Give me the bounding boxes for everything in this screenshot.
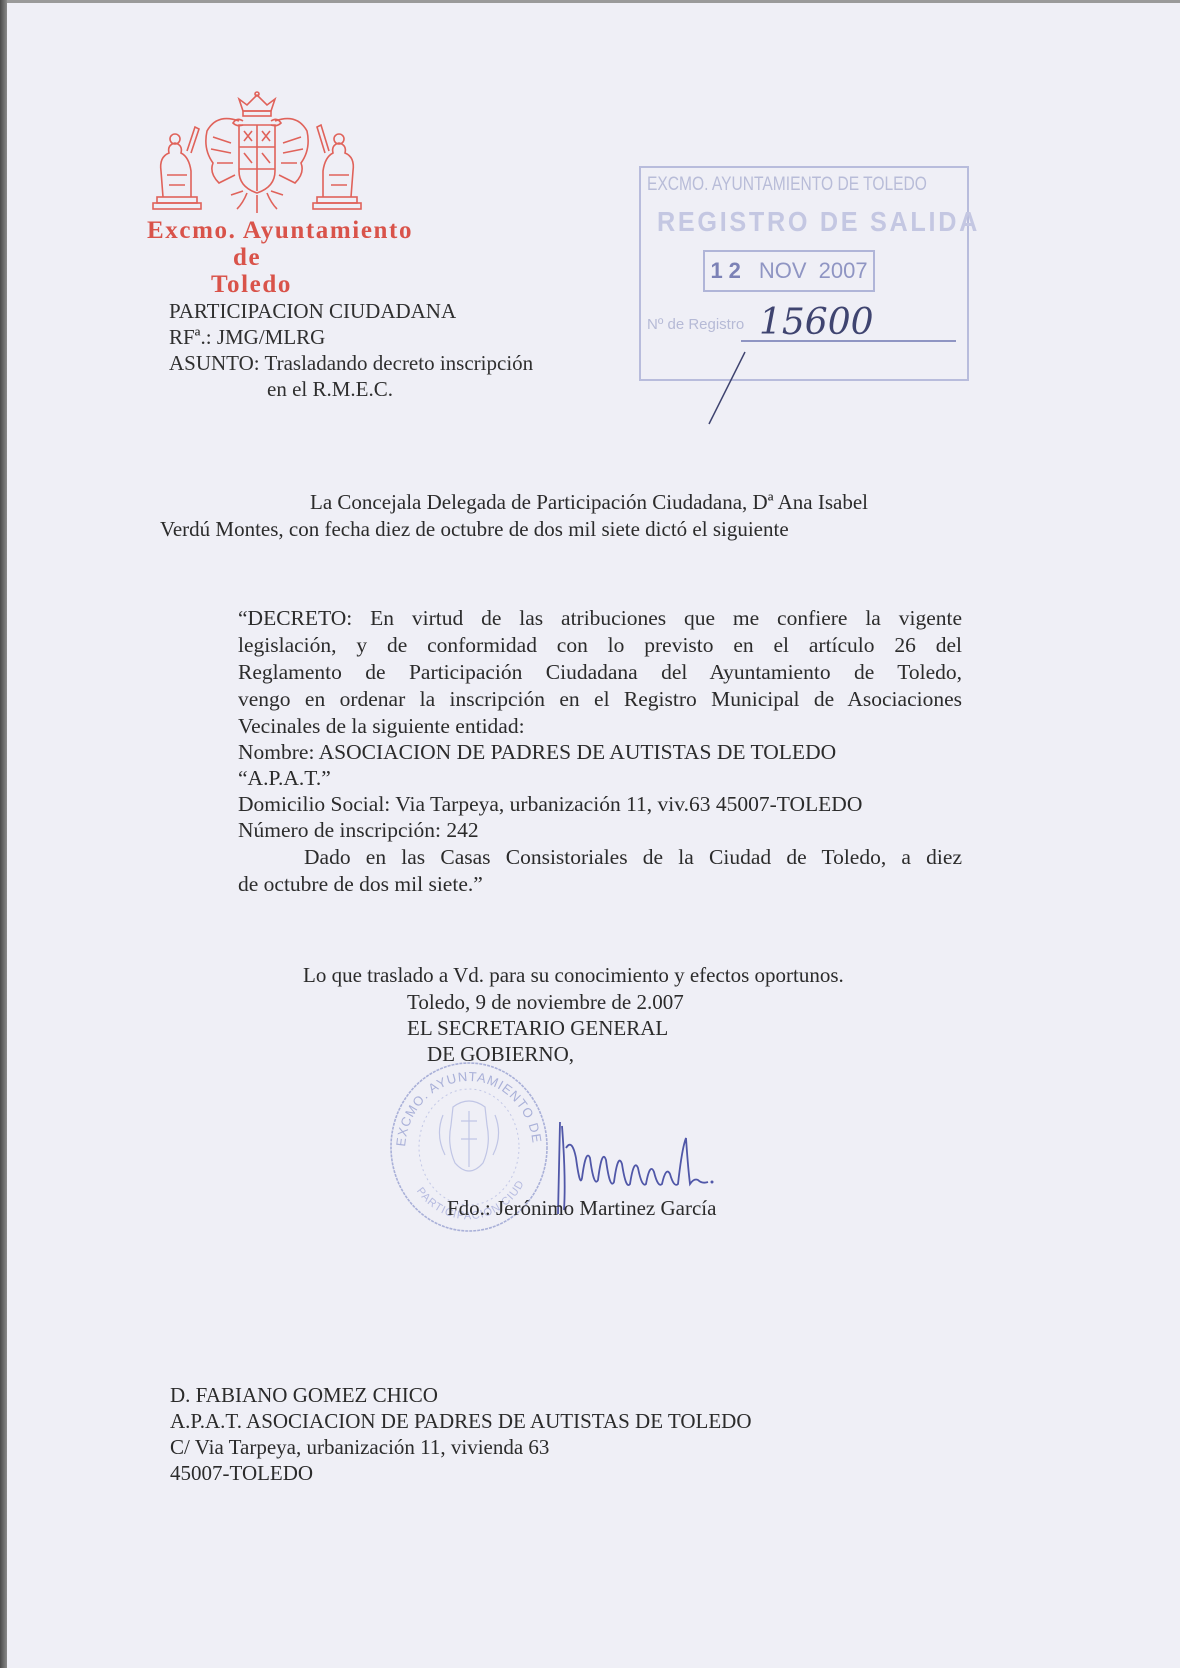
reference: RFª.: JMG/MLRG	[169, 325, 325, 350]
decree-line4: vengo en ordenar la inscripción en el Re…	[238, 687, 962, 712]
closing-place-date: Toledo, 9 de noviembre de 2.007	[407, 990, 684, 1015]
org-name-line3: Toledo	[211, 271, 292, 299]
closing-transfer: Lo que traslado a Vd. para su conocimien…	[303, 963, 844, 988]
recipient-organization: A.P.A.T. ASOCIACION DE PADRES DE AUTISTA…	[170, 1409, 752, 1434]
stamp-year: 2007	[819, 258, 868, 284]
decree-line1: “DECRETO: En virtud de las atribuciones …	[238, 606, 962, 631]
decree-given-line2: de octubre de dos mil siete.”	[238, 872, 483, 897]
department: PARTICIPACION CIUDADANA	[169, 299, 456, 324]
decree-entity-acronym: “A.P.A.T.”	[238, 766, 331, 791]
closing-role-line1: EL SECRETARIO GENERAL	[407, 1016, 668, 1041]
registry-stamp: EXCMO. AYUNTAMIENTO DE TOLEDO REGISTRO D…	[639, 166, 969, 381]
stamp-registry-label: Nº de Registro	[647, 316, 744, 333]
signed-by: Fdo.: Jerónimo Martinez García	[447, 1196, 716, 1221]
intro-line2: Verdú Montes, con fecha diez de octubre …	[160, 517, 789, 542]
document-page: Excmo. Ayuntamiento de Toledo PARTICIPAC…	[7, 3, 1180, 1668]
pen-stroke-icon	[697, 348, 757, 428]
org-name-line2: de	[233, 244, 261, 272]
stamp-org: EXCMO. AYUNTAMIENTO DE TOLEDO	[647, 174, 927, 196]
scan-edge-left	[0, 0, 7, 1668]
subject-line1: ASUNTO: Trasladando decreto inscripción	[169, 351, 533, 376]
recipient-name: D. FABIANO GOMEZ CHICO	[170, 1383, 438, 1408]
stamp-title: REGISTRO DE SALIDA	[657, 206, 980, 238]
decree-registration-number: Número de inscripción: 242	[238, 818, 479, 843]
decree-entity-name: Nombre: ASOCIACION DE PADRES DE AUTISTAS…	[238, 740, 836, 765]
decree-line5: Vecinales de la siguiente entidad:	[238, 714, 525, 739]
stamp-month: NOV	[759, 258, 807, 284]
stamp-registry-number: 15600	[759, 302, 874, 343]
recipient-street: C/ Via Tarpeya, urbanización 11, viviend…	[170, 1435, 549, 1460]
decree-line3: Reglamento de Participación Ciudadana de…	[238, 660, 962, 685]
stamp-day: 12	[710, 258, 746, 284]
intro-line1: La Concejala Delegada de Participación C…	[310, 490, 868, 515]
stamp-date: 12 NOV 2007	[703, 250, 875, 292]
decree-line2: legislación, y de conformidad con lo pre…	[238, 633, 962, 658]
coat-of-arms-icon	[147, 91, 367, 216]
org-name-line1: Excmo. Ayuntamiento	[147, 217, 413, 245]
recipient-city: 45007-TOLEDO	[170, 1461, 313, 1486]
decree-given-line1: Dado en las Casas Consistoriales de la C…	[304, 845, 962, 870]
decree-entity-address: Domicilio Social: Via Tarpeya, urbanizac…	[238, 792, 862, 817]
subject-line2: en el R.M.E.C.	[267, 377, 393, 402]
